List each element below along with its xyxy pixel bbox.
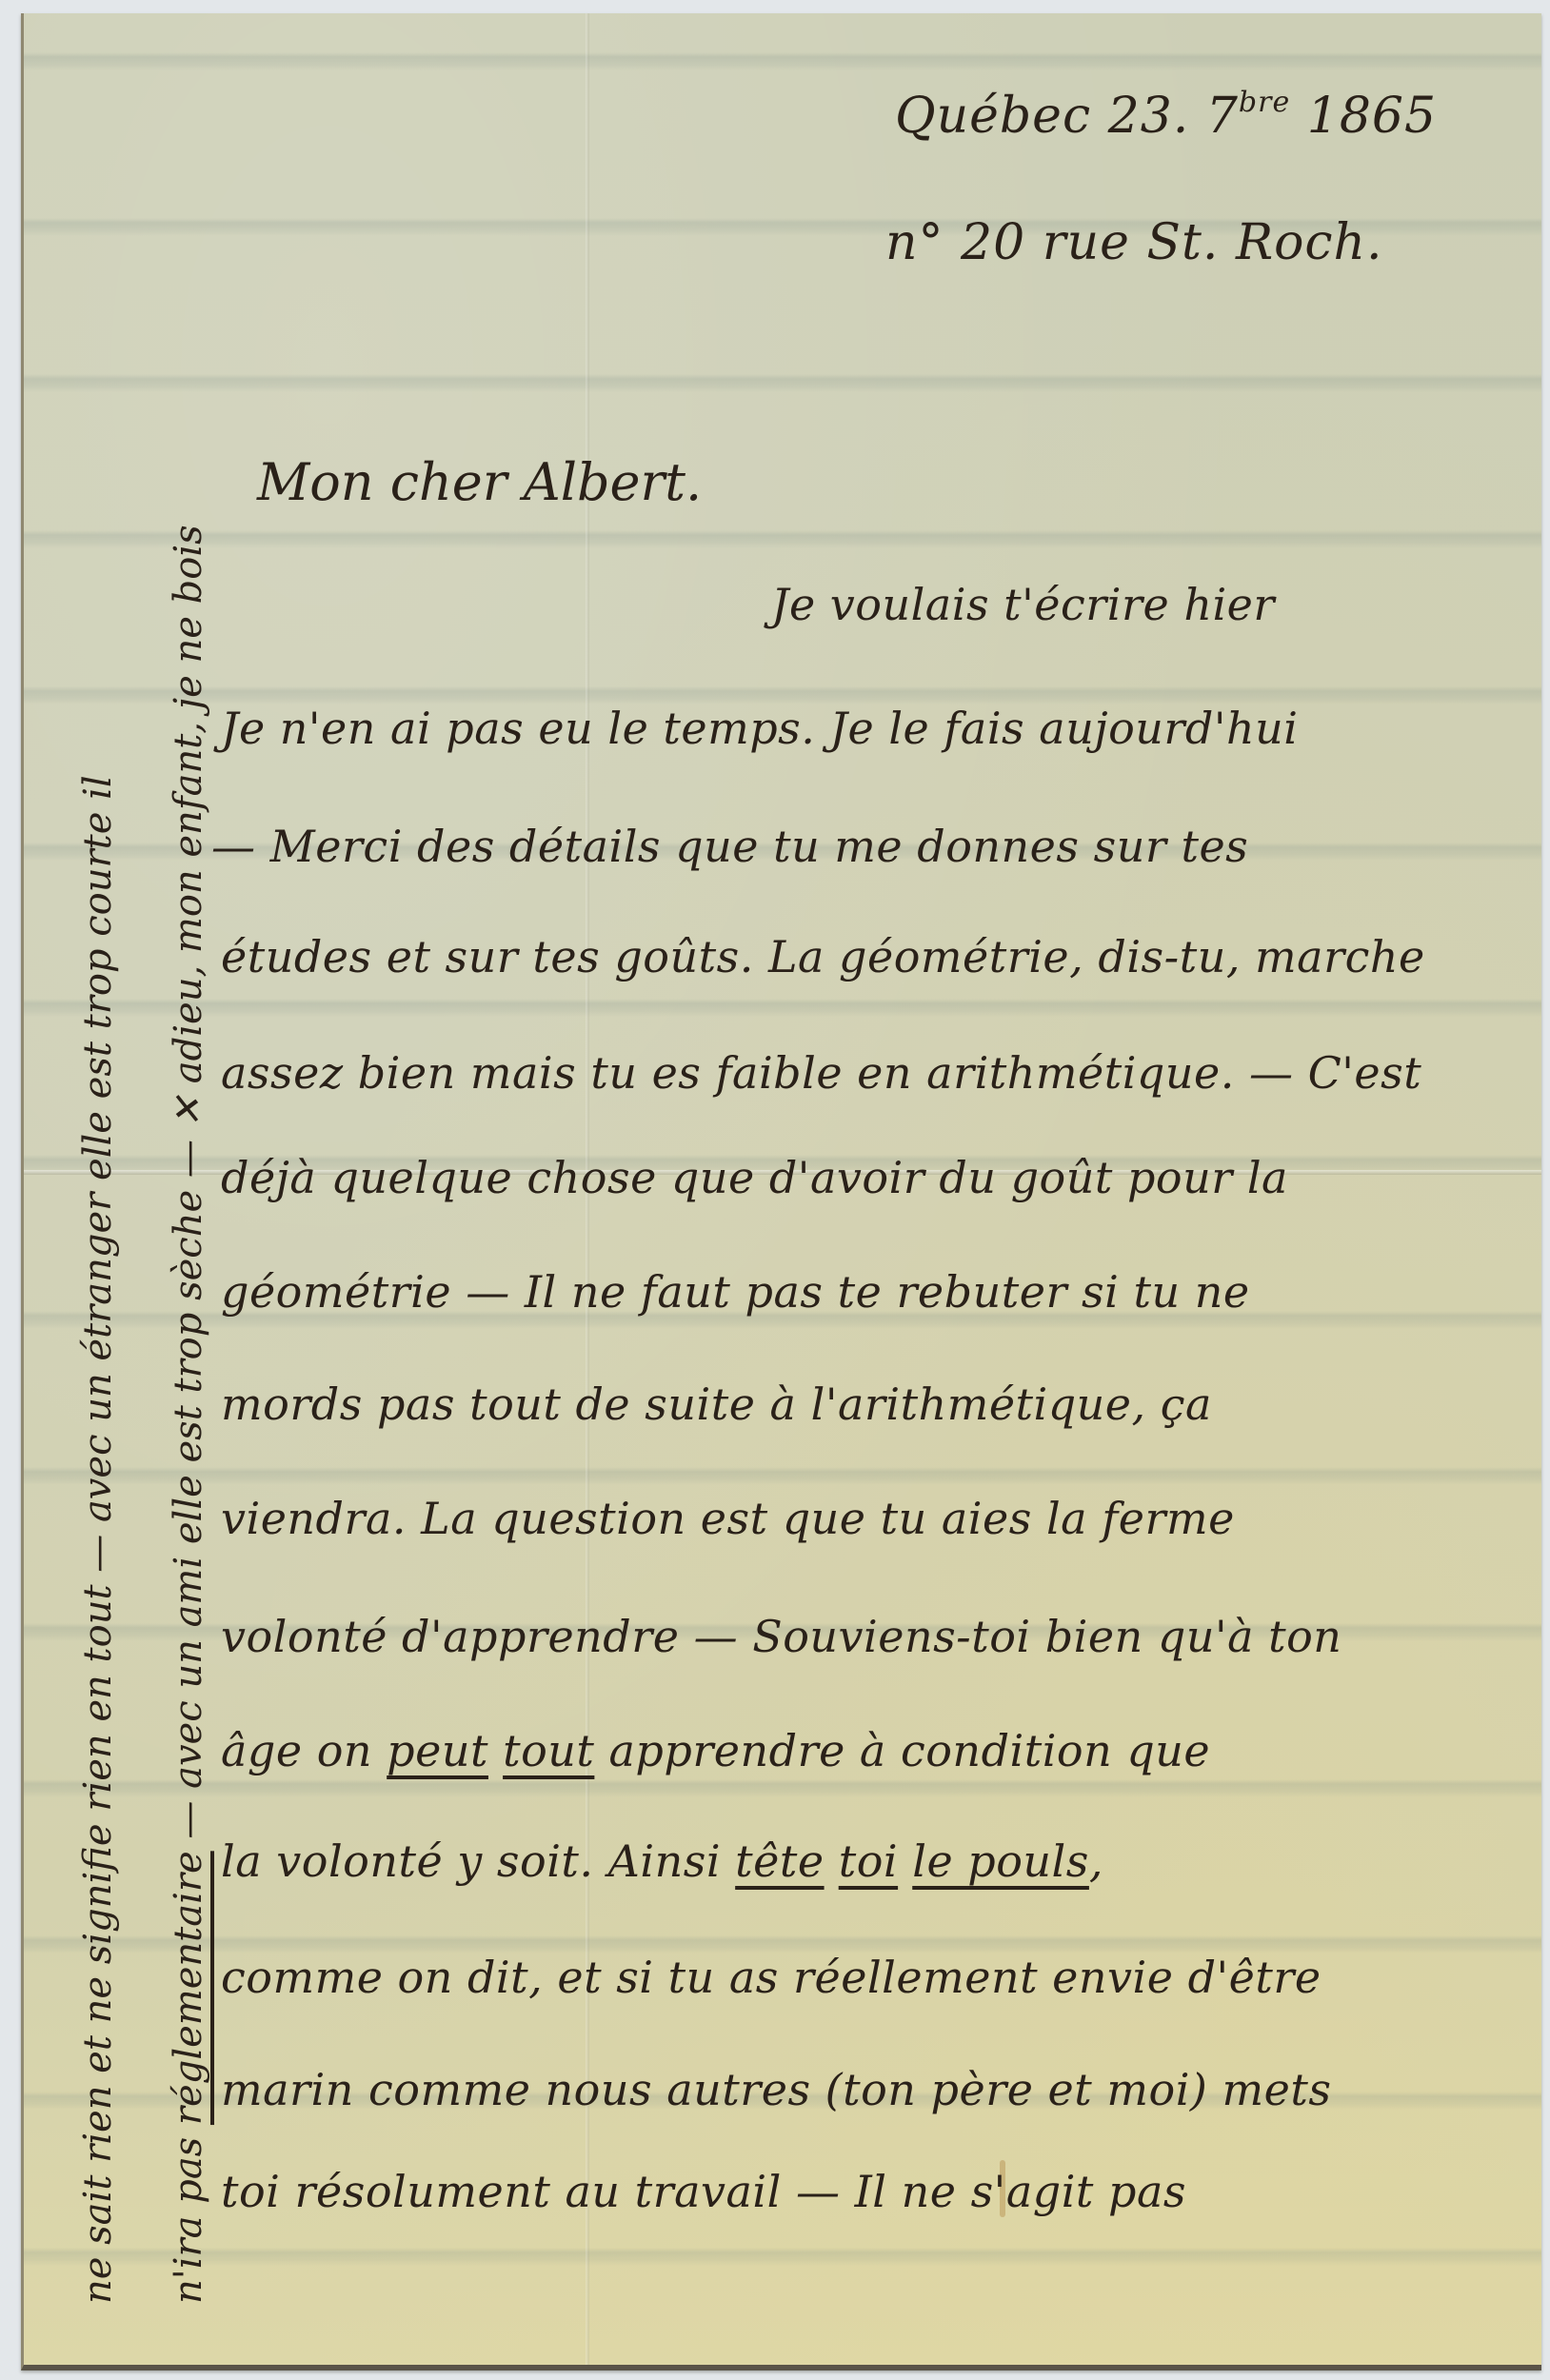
text-run: n'ira pas — [167, 2125, 210, 2304]
letter-date: Québec 23. 7bre 1865 — [895, 86, 1437, 145]
text-run: âge on — [221, 1725, 387, 1776]
text-run — [488, 1725, 503, 1776]
underlined-word: toi — [839, 1835, 898, 1887]
text-run: — avec un ami elle est trop sèche — ✕ ad… — [167, 525, 210, 1851]
body-line-7: géométrie — Il ne faut pas te rebuter si… — [221, 1266, 1250, 1318]
sender-address: n° 20 rue St. Roch. — [885, 214, 1383, 271]
body-line-4: études et sur tes goûts. La géométrie, d… — [221, 931, 1425, 982]
underlined-word: le pouls — [912, 1835, 1089, 1887]
date-text: Québec 23. 7 — [895, 88, 1239, 145]
underlined-word: tête — [735, 1835, 824, 1887]
body-line-1: Je voulais t'écrire hier — [771, 579, 1275, 630]
body-line-6: déjà quelque chose que d'avoir du goût p… — [221, 1152, 1288, 1203]
body-line-13: comme on dit, et si tu as réellement env… — [221, 1952, 1321, 2003]
body-line-14: marin comme nous autres (ton père et moi… — [221, 2064, 1331, 2115]
underlined-word: réglementaire — [167, 1851, 210, 2125]
body-line-12: la volonté y soit. Ainsi tête toi le pou… — [221, 1835, 1103, 1887]
text-run: apprendre à condition que — [594, 1725, 1210, 1776]
text-run — [898, 1835, 912, 1887]
body-line-2: Je n'en ai pas eu le temps. Je le fais a… — [221, 703, 1298, 754]
body-line-9: viendra. La question est que tu aies la … — [221, 1493, 1235, 1544]
body-line-11: âge on peut tout apprendre à condition q… — [221, 1725, 1210, 1776]
text-run: la volonté y soit. Ainsi — [221, 1835, 735, 1887]
body-line-8: mords pas tout de suite à l'arithmétique… — [221, 1378, 1212, 1430]
body-line-5: assez bien mais tu es faible en arithmét… — [221, 1047, 1421, 1099]
year-text: 1865 — [1290, 88, 1437, 145]
underlined-word: peut — [387, 1725, 488, 1776]
body-line-10: volonté d'apprendre — Souviens-toi bien … — [221, 1611, 1341, 1662]
text-run: , — [1089, 1835, 1103, 1887]
month-abbrev-superscript: bre — [1239, 86, 1290, 119]
margin-note-inner: n'ira pas réglementaire — avec un ami el… — [167, 525, 210, 2304]
salutation: Mon cher Albert. — [257, 452, 702, 512]
text-run — [825, 1835, 839, 1887]
body-line-3: — Merci des détails que tu me donnes sur… — [211, 821, 1248, 872]
body-line-15: toi résolument au travail — Il ne s'agit… — [221, 2166, 1186, 2217]
margin-note-outer: ne sait rien et ne signifie rien en tout… — [76, 775, 120, 2304]
underlined-word: tout — [503, 1725, 594, 1776]
